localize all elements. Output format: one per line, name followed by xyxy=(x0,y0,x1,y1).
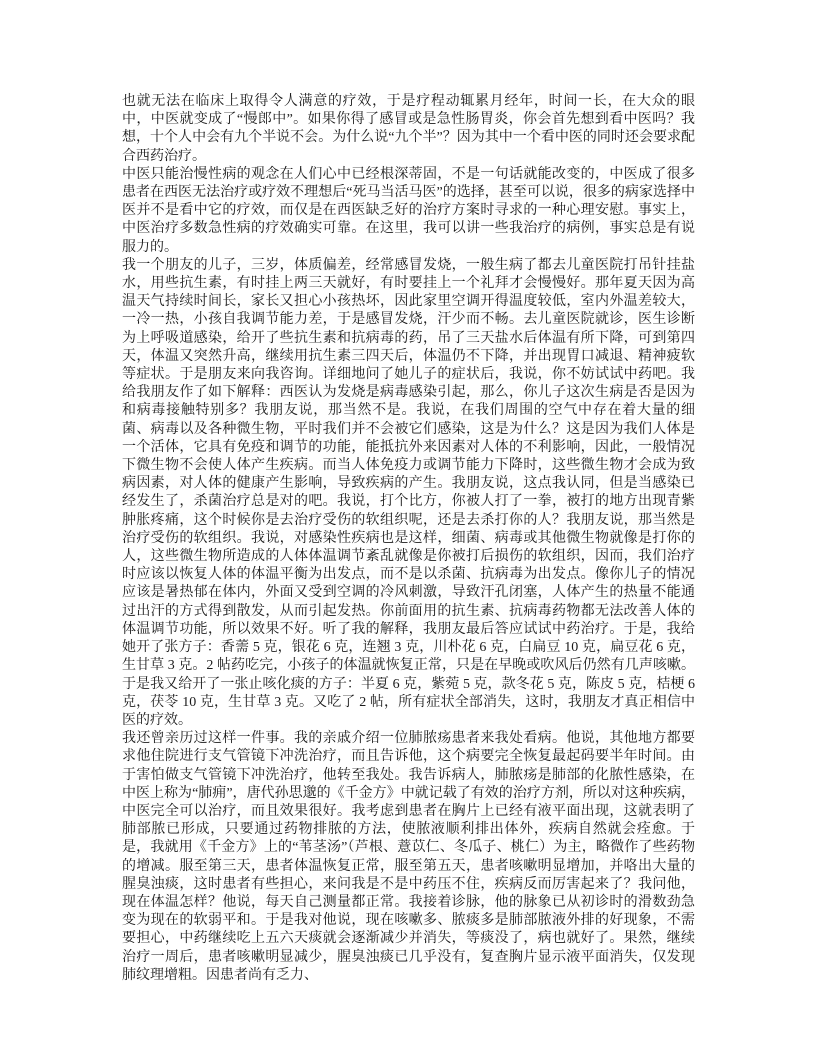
document-page: 也就无法在临床上取得令人满意的疗效，于是疗程动辄累月经年，时间一长，在大众的眼中… xyxy=(0,0,816,1056)
paragraph-4: 我还曾亲历过这样一件事。我的亲戚介绍一位肺脓疡患者来我处看病。他说，其他地方都要… xyxy=(122,730,695,985)
text-block: 也就无法在临床上取得令人满意的疗效，于是疗程动辄累月经年，时间一长，在大众的眼中… xyxy=(122,93,695,985)
paragraph-1: 也就无法在临床上取得令人满意的疗效，于是疗程动辄累月经年，时间一长，在大众的眼中… xyxy=(122,93,695,166)
paragraph-2: 中医只能治慢性病的观念在人们心中已经根深蒂固，不是一句话就能改变的，中医成了很多… xyxy=(122,166,695,257)
paragraph-3: 我一个朋友的儿子，三岁，体质偏差，经常感冒发烧，一般生病了都去儿童医院打吊针挂盐… xyxy=(122,257,695,730)
